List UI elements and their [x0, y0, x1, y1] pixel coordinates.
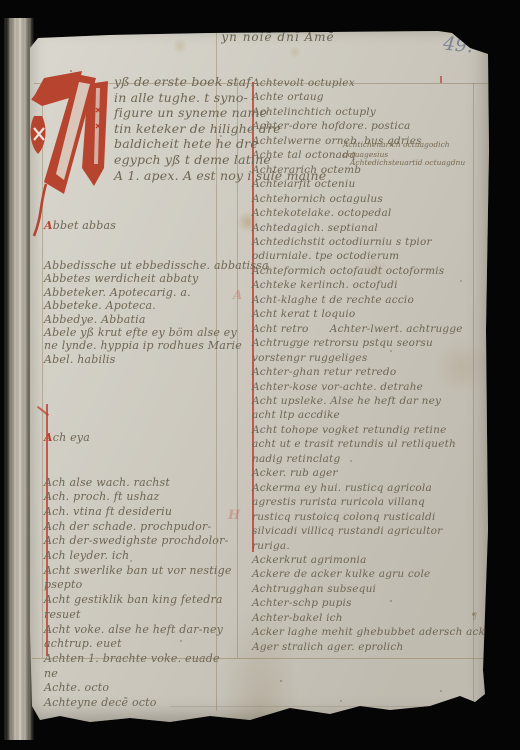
manuscript-line: agrestis rurista ruricola villanq — [252, 495, 494, 509]
manuscript-line: Achten 1. brachte voke. euade — [44, 652, 232, 667]
manuscript-line: Achtrugghan subsequi — [252, 582, 494, 596]
ink-specks — [70, 70, 72, 72]
manuscript-line: Ackere de acker kulke agru cole — [252, 567, 494, 581]
manuscript-line: resuet — [44, 608, 232, 623]
marginal-note-3: Achtedichsteuartid octuagdnu — [350, 158, 465, 167]
manuscript-line: Abbetes werdicheit abbaty — [44, 272, 269, 285]
manuscript-line: Abel. habilis — [44, 353, 269, 366]
manuscript-line: ruriga. — [252, 539, 494, 553]
manuscript-line: Achteiarfit octeniu — [252, 177, 494, 191]
manuscript-line: Abbedye. Abbatia — [44, 313, 269, 326]
manuscript-line: Achtedichstit octodiurniu s tpior — [252, 235, 494, 249]
bleedthrough-mark: H — [228, 508, 240, 523]
manuscript-line: Acht-klaghe t de rechte accio — [252, 293, 494, 307]
manuscript-line: Ackerma ey hui. rusticq agricola — [252, 481, 494, 495]
manuscript-line: Achter-dore hofdore. postica — [252, 119, 494, 133]
marginal-note-1: Achtichenarich octuagodich — [343, 140, 450, 149]
manuscript-line: Achtelinchtich octuply — [252, 105, 494, 119]
manuscript-photo: yn noiē dnī Amē 49. yß de erste boek sta… — [0, 0, 520, 750]
rubricated-initial: A — [44, 219, 53, 232]
manuscript-line: Ach alse wach. rachst — [44, 476, 232, 491]
manuscript-line: Ach. vtina ft desideriu — [44, 505, 232, 520]
manuscript-line: odiurniale. tpe octodierum — [252, 249, 494, 263]
bleedthrough-mark: A — [233, 288, 242, 302]
manuscript-line: Ackerkrut agrimonia — [252, 553, 494, 567]
manuscript-line: Achter-ghan retur retredo — [252, 365, 494, 379]
manuscript-line: Acht tohope vogket retundig retine — [252, 423, 494, 437]
manuscript-line: ne — [44, 667, 232, 682]
manuscript-line: psepto — [44, 578, 232, 593]
manuscript-line: Acker. rub ager — [252, 466, 494, 480]
manuscript-line: vorstengr ruggeliges — [252, 351, 494, 365]
manuscript-line: ne lynde. hyppia ip rodhues Marie — [44, 339, 269, 352]
manuscript-line: acht ltp accdike — [252, 408, 494, 422]
manuscript-line: Achte. octo — [44, 681, 232, 696]
manuscript-line: Acht retro Achter-lwert. achtrugge — [252, 322, 494, 336]
manuscript-line: Acht voke. alse he heft dar-ney — [44, 623, 232, 638]
manuscript-line: Ach. proch. ft ushaz — [44, 490, 232, 505]
manuscript-line: acht ut e trasit retundis ul retliqueth — [252, 437, 494, 451]
manuscript-line: Acht upsleke. Alse he heft dar ney — [252, 394, 494, 408]
manuscript-line: Abbedissche ut ebbedissche. abbatissa — [44, 259, 269, 272]
manuscript-line: Achteke kerlinch. octofudi — [252, 278, 494, 292]
manuscript-line: Achtevolt octuplex — [252, 76, 494, 90]
entry-text: bbet abbas — [53, 219, 116, 232]
manuscript-line: Achtrugge retrorsu pstqu seorsu — [252, 336, 494, 350]
manuscript-line: Achtehornich octagulus — [252, 192, 494, 206]
section-abbet-entries: Abbedissche ut ebbedissche. abbatissaAbb… — [44, 259, 269, 366]
manuscript-line: Achtekotelake. octopedal — [252, 206, 494, 220]
header-inscription: yn noiē dnī Amē — [188, 30, 368, 44]
manuscript-line: Achter-bakel ich — [252, 611, 494, 625]
manuscript-line: nadig retinclatg — [252, 452, 494, 466]
left-column-section-ach: Ach eya Ach alse wach. rachstAch. proch.… — [44, 402, 232, 740]
book-gutter — [4, 18, 34, 740]
manuscript-line: Achtedagich. septianal — [252, 221, 494, 235]
folio-number: 49. — [442, 32, 474, 57]
manuscript-line: Achter-kose vor-achte. detrahe — [252, 380, 494, 394]
manuscript-line: Acker laghe mehit ghebubbet adersch acke… — [252, 625, 494, 639]
section-ach-entries: Ach alse wach. rachstAch. proch. ft usha… — [44, 476, 232, 711]
entry-text: ch eya — [53, 431, 90, 444]
manuscript-line: Abele yß krut efte ey böm alse ey — [44, 326, 269, 339]
manuscript-line: Ach der-swedighste prochdolor- — [44, 534, 232, 549]
manuscript-line: Ach eya — [44, 431, 232, 446]
manuscript-line: Achteformich octofaudt octoformis — [252, 264, 494, 278]
manuscript-line: Ach der schade. prochpudor- — [44, 520, 232, 535]
manuscript-line: rusticq rustoicq colonq rusticaldi — [252, 510, 494, 524]
manuscript-line: Acht swerlike ban ut vor nestige — [44, 564, 232, 579]
manuscript-line: Acht gestiklik ban king fetedra — [44, 593, 232, 608]
rubricated-initial: A — [44, 431, 53, 444]
manuscript-line: silvicadi villicq rustandi agricultor — [252, 524, 494, 538]
manuscript-line: Abbet abbas — [44, 219, 269, 232]
manuscript-line: Ager stralich ager. eprolich — [252, 640, 494, 654]
manuscript-line: achtrup. euet — [44, 637, 232, 652]
manuscript-line: Acht kerat t loquio — [252, 307, 494, 321]
manuscript-line: Achter-schp pupis — [252, 596, 494, 610]
manuscript-line: Achte ortaug — [252, 90, 494, 104]
manuscript-page: yn noiē dnī Amē 49. yß de erste boek sta… — [30, 30, 490, 722]
manuscript-line: Achteyne decē octo — [44, 696, 232, 711]
manuscript-line: Ach leyder. ich — [44, 549, 232, 564]
